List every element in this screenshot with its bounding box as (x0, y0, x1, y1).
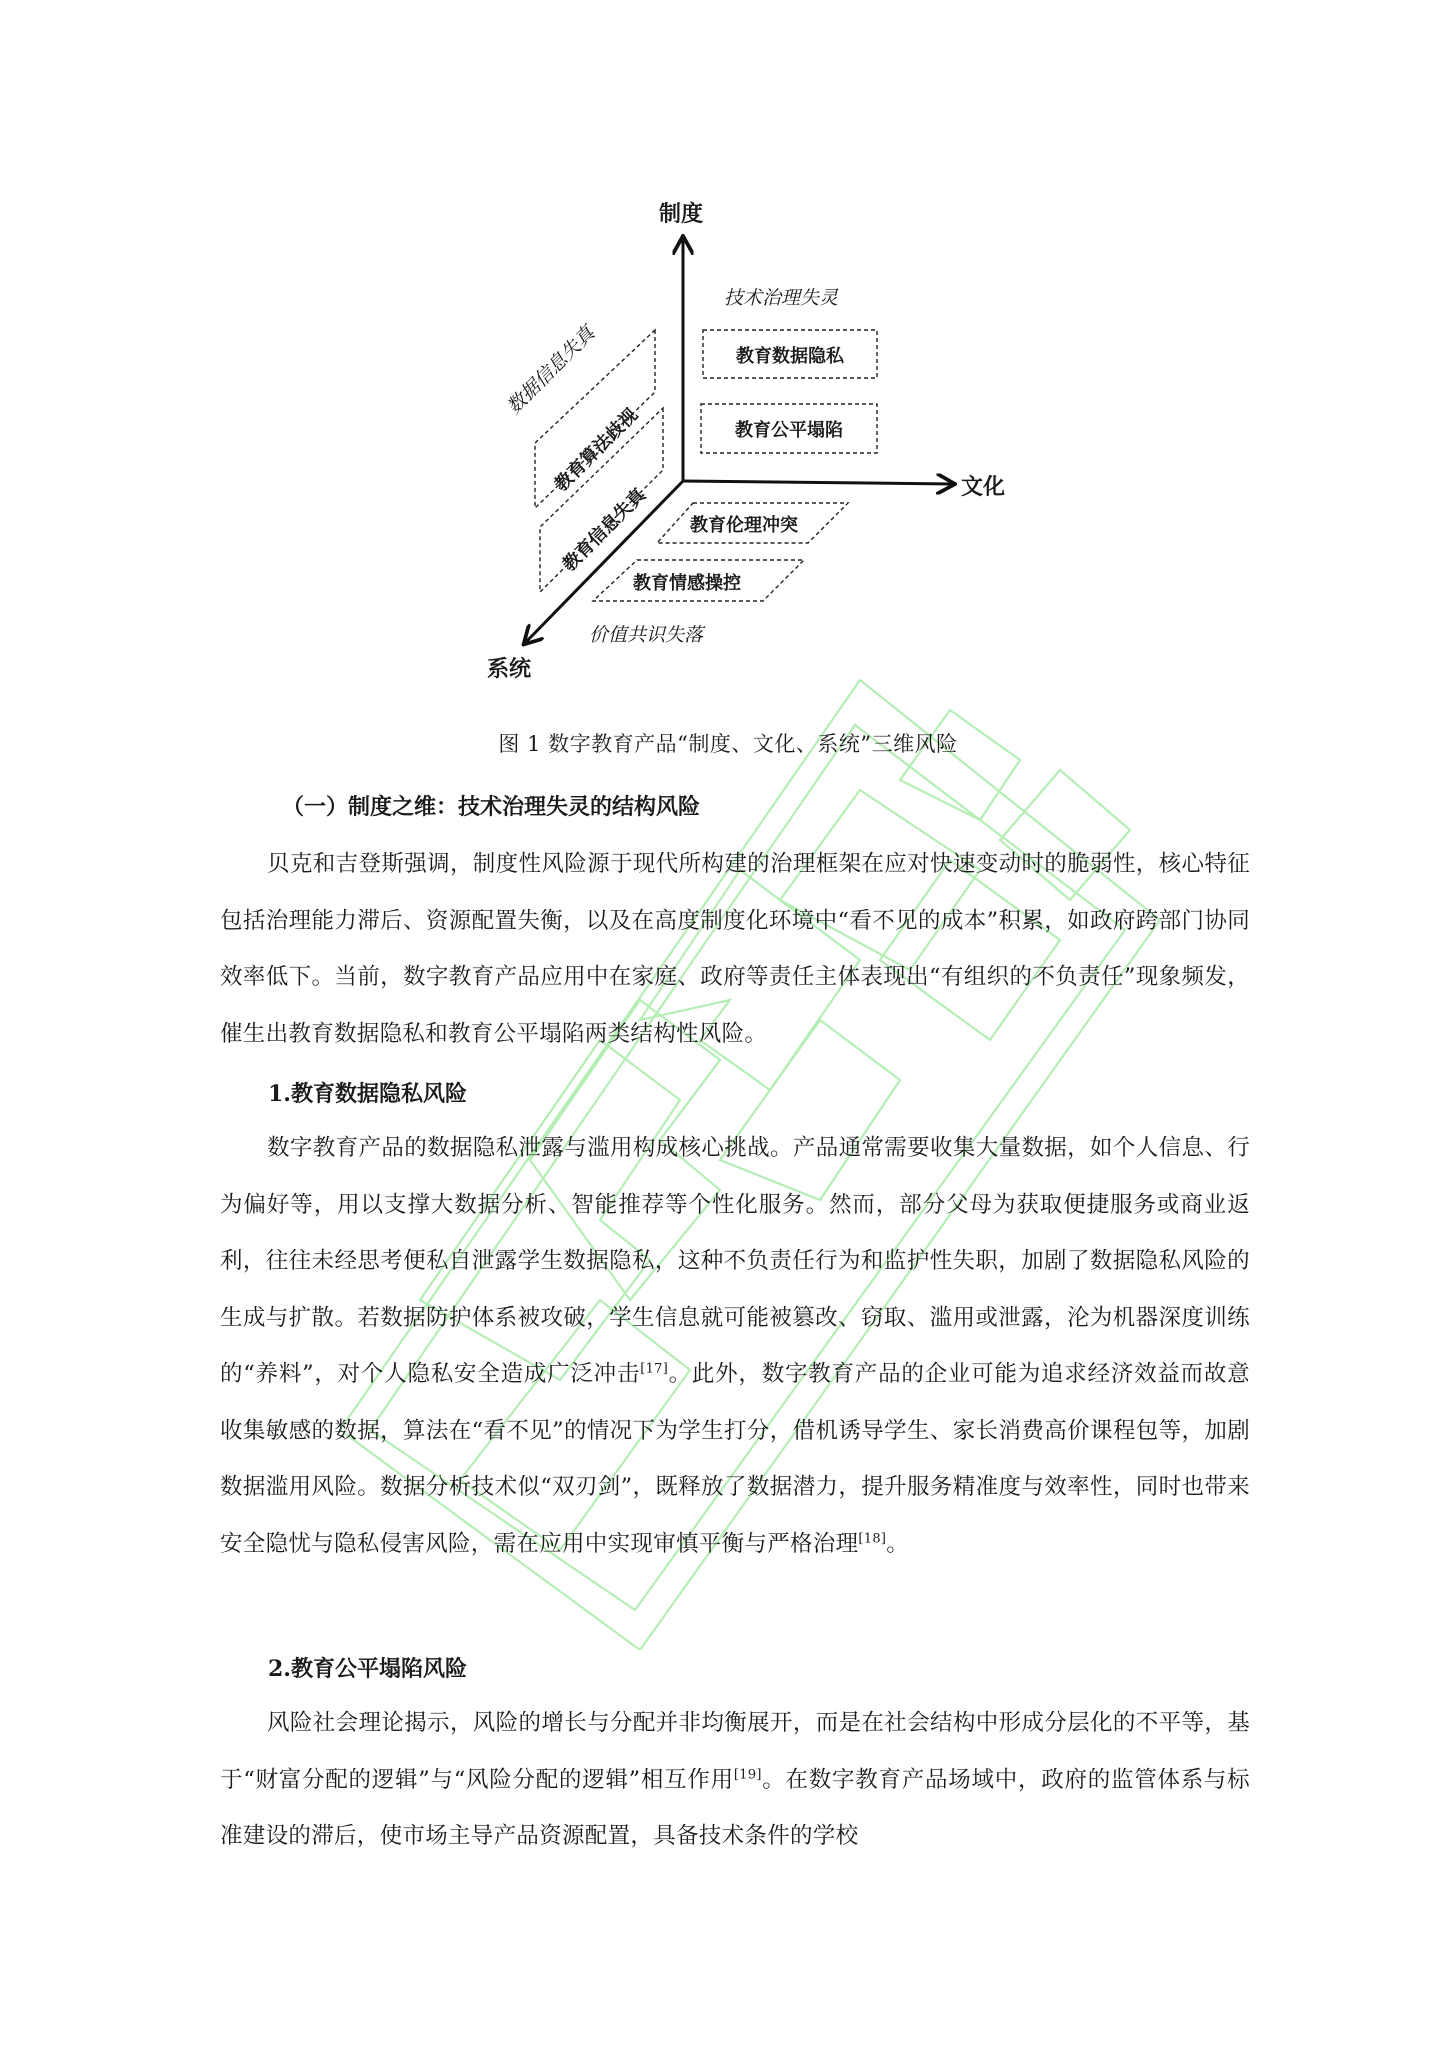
citation-18: [18] (858, 1531, 886, 1546)
horizontal-axis-culture (683, 481, 953, 484)
axis-label-system: 系统 (487, 652, 531, 683)
axis-label-institution: 制度 (659, 197, 703, 228)
diagonal-axis-system (525, 481, 683, 643)
subsection-heading-data-privacy: 1.教育数据隐私风险 (268, 1077, 467, 1108)
document-page: 制度 文化 系统 技术治理失灵 教育数据隐私 教育公平塌陷 数据信息失真 教育算… (0, 0, 1456, 2059)
citation-17: [17] (640, 1362, 668, 1377)
subsection-heading-equity-collapse: 2.教育公平塌陷风险 (268, 1652, 467, 1683)
intro-paragraph: 贝克和吉登斯强调，制度性风险源于现代所构建的治理框架在应对快速变动时的脆弱性，核… (220, 836, 1250, 1062)
para-text: 。此外，数字教育产品的企业可能为追求经济效益而故意收集敏感的数据，算法在“看不见… (220, 1361, 1250, 1557)
equity-collapse-paragraph: 风险社会理论揭示，风险的增长与分配并非均衡展开，而是在社会结构中形成分层化的不平… (220, 1695, 1250, 1865)
para-text: 数字教育产品的数据隐私泄露与滥用构成核心挑战。产品通常需要收集大量数据，如个人信… (220, 1135, 1250, 1387)
intro-text: 贝克和吉登斯强调，制度性风险源于现代所构建的治理框架在应对快速变动时的脆弱性，核… (220, 851, 1250, 1047)
group-title-institution: 技术治理失灵 (724, 283, 838, 310)
citation-19: [19] (734, 1767, 762, 1782)
data-privacy-paragraph: 数字教育产品的数据隐私泄露与滥用构成核心挑战。产品通常需要收集大量数据，如个人信… (220, 1120, 1250, 1572)
figure-caption: 图 1 数字教育产品“制度、文化、系统”三维风险 (0, 728, 1456, 758)
box-label-education-emotional-manipulation: 教育情感操控 (633, 569, 741, 595)
para-text: 。 (886, 1531, 909, 1557)
box-label-education-equity-collapse: 教育公平塌陷 (701, 416, 877, 442)
box-label-education-data-privacy: 教育数据隐私 (703, 342, 877, 368)
group-title-culture: 价值共识失落 (589, 620, 703, 647)
box-label-education-ethics-conflict: 教育伦理冲突 (690, 511, 798, 537)
section-heading: （一）制度之维：技术治理失灵的结构风险 (282, 790, 700, 821)
axis-label-culture: 文化 (961, 470, 1005, 501)
